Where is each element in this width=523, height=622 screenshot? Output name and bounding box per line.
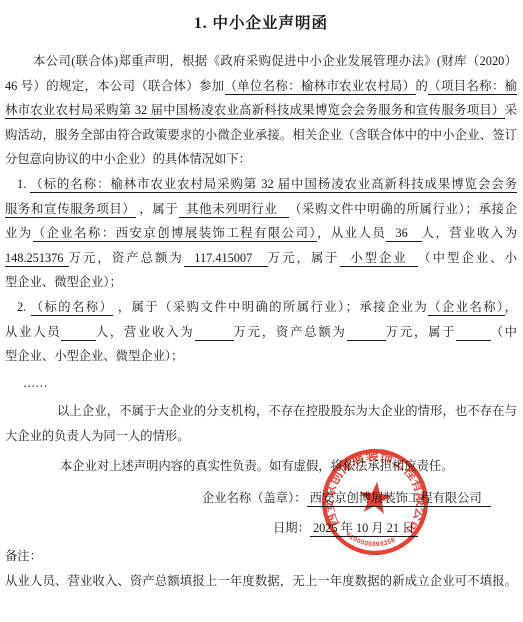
- item-number: 1.: [17, 177, 30, 191]
- enterprise-name-blank: （企业名称：西安京创博展装饰工程有限公司）: [33, 226, 317, 242]
- subject-name-blank: 服务和宣传服务项目）: [5, 202, 136, 218]
- text-segment: 46 号）的规定，本公司（联合体）参加: [5, 79, 225, 93]
- revenue-blank: [195, 325, 234, 341]
- closing-line-1: 以上企业，不属于大企业的分支机构，不存在控股股东为大企业的情形，也不存在与: [5, 399, 517, 424]
- text-segment: ，属于: [136, 202, 179, 216]
- industry-blank: 其他未列明行业: [179, 202, 290, 218]
- item-number: 2.: [17, 300, 31, 314]
- text-segment: ，: [505, 300, 517, 314]
- project-name-blank: （项目名称：榆: [428, 79, 517, 95]
- date-value: 2025 年 10 月 21 日: [310, 521, 418, 537]
- purchaser-name-blank: （单位名称：榆林市农业农村局）: [225, 79, 416, 95]
- declaration-document-page: 1. 中小企业声明函 本公司(联合体)郑重声明，根据《政府采购促进中小企业发展管…: [0, 0, 523, 622]
- assets-blank: [347, 325, 386, 341]
- date-label: 日期：: [273, 521, 310, 535]
- text-segment: 型企业、微型企业）；: [5, 275, 122, 289]
- enterprise-type-blank: 小型企业: [340, 251, 418, 267]
- text-segment: 备注：: [5, 549, 42, 563]
- text-segment: ，属于（采购文件中明确的所属行业）；承接企业为: [113, 300, 428, 314]
- text-segment: 的: [416, 79, 429, 93]
- subject-name-blank: （标的名称：榆林市农业农村局采购第 32 届中国杨凌农业高新科技成果博览会会务: [30, 177, 517, 193]
- enterprise-name-blank: （企业名称）: [428, 300, 504, 316]
- text-segment: 人，营业收入为: [422, 226, 517, 240]
- text-segment: ，从业人员: [317, 226, 386, 240]
- intro-line-4: 购活动，服务全部由符合政策要求的小微企业承接。相关企业（含联合体中的中小企业、签…: [5, 123, 517, 148]
- text-segment: 分包意向协议的中小企业）的具体情况如下：: [5, 152, 251, 166]
- text-segment: 本企业对上述声明内容的真实性负责。如有虚假，将依法承担相应责任。: [60, 459, 454, 473]
- company-signature-line: 企业名称（盖章）： 西安京创博展装饰工程有限公司: [5, 486, 517, 511]
- text-segment: 从业人员、营业收入、资产总额填报上一年度数据，无上一年度数据的新成立企业可不填报…: [5, 574, 517, 588]
- text-segment: 万元，属于: [268, 251, 340, 265]
- revenue-blank: 148.251376: [5, 251, 69, 267]
- item2-line-2: 从业人员 人，营业收入为 万元，资产总额为 万元，属于 （中: [5, 320, 517, 345]
- text-segment: 万元，资产总额为: [69, 251, 184, 265]
- text-segment: （中型企业、小: [418, 251, 517, 265]
- text-segment: 购活动，服务全部由符合政策要求的小微企业承接。相关企业（含联合体中的中小企业、签…: [5, 128, 517, 142]
- item1-line-1: 1. （标的名称：榆林市农业农村局采购第 32 届中国杨凌农业高新科技成果博览会…: [5, 172, 517, 197]
- company-name-value: 西安京创博展装饰工程有限公司: [307, 491, 491, 507]
- item1-line-5: 型企业、微型企业）；: [5, 270, 517, 295]
- text-segment: （采购文件中明确的所属行业）；承接企: [289, 202, 517, 216]
- text-segment: 以上企业，不属于大企业的分支机构，不存在控股股东为大企业的情形，也不存在与: [57, 404, 517, 418]
- item1-line-3: 业为（企业名称：西安京创博展装饰工程有限公司），从业人员 36 人，营业收入为: [5, 221, 517, 246]
- notes-label-line: 备注：: [5, 544, 517, 569]
- assets-blank: 117.415007: [184, 251, 268, 267]
- employees-blank: [61, 325, 95, 341]
- text-segment: ……: [23, 376, 48, 390]
- intro-line-2: 46 号）的规定，本公司（联合体）参加（单位名称：榆林市农业农村局）的（项目名称…: [5, 74, 517, 99]
- notes-body-line: 从业人员、营业收入、资产总额填报上一年度数据，无上一年度数据的新成立企业可不填报…: [5, 569, 517, 594]
- project-name-blank: 林市农业农村局采购第 32 届中国杨凌农业高新科技成果博览会会务服务和宣传服务项…: [5, 103, 505, 119]
- ellipsis-line: ……: [5, 371, 517, 396]
- intro-line-1: 本公司(联合体)郑重声明，根据《政府采购促进中小企业发展管理办法》(财库（202…: [5, 49, 517, 74]
- signature-label: 企业名称（盖章）：: [202, 491, 307, 505]
- enterprise-type-blank: [456, 325, 490, 341]
- text-segment: 从业人员: [5, 325, 61, 339]
- text-segment: 采: [505, 103, 517, 117]
- intro-line-3: 林市农业农村局采购第 32 届中国杨凌农业高新科技成果博览会会务服务和宣传服务项…: [5, 98, 517, 123]
- text-segment: （中: [491, 325, 517, 339]
- date-line: 日期： 2025 年 10 月 21 日: [5, 516, 517, 541]
- text-segment: 人，营业收入为: [96, 325, 195, 339]
- text-segment: 型企业、小型企业、微型企业）；: [5, 349, 183, 363]
- page-title: 1. 中小企业声明函: [5, 13, 517, 35]
- text-segment: 大企业的负责人为同一人的情形。: [5, 429, 189, 443]
- text-segment: 本公司(联合体)郑重声明，根据《政府采购促进中小企业发展管理办法》(财库（202…: [33, 54, 517, 68]
- text-segment: 万元，属于: [386, 325, 457, 339]
- intro-line-5: 分包意向协议的中小企业）的具体情况如下：: [5, 147, 517, 172]
- text-segment: 业为: [5, 226, 33, 240]
- text-segment: 万元，资产总额为: [234, 325, 347, 339]
- employees-blank: 36: [386, 226, 421, 242]
- item1-line-4: 148.251376 万元，资产总额为 117.415007 万元，属于 小型企…: [5, 246, 517, 271]
- item1-line-2: 服务和宣传服务项目） ，属于 其他未列明行业 （采购文件中明确的所属行业）；承接…: [5, 197, 517, 222]
- item2-line-3: 型企业、小型企业、微型企业）；: [5, 344, 517, 369]
- item2-line-1: 2. （标的名称） ，属于（采购文件中明确的所属行业）；承接企业为（企业名称），: [5, 295, 517, 320]
- responsibility-line: 本企业对上述声明内容的真实性负责。如有虚假，将依法承担相应责任。: [5, 454, 517, 479]
- closing-line-2: 大企业的负责人为同一人的情形。: [5, 424, 517, 449]
- subject-name-blank: （标的名称）: [31, 300, 114, 316]
